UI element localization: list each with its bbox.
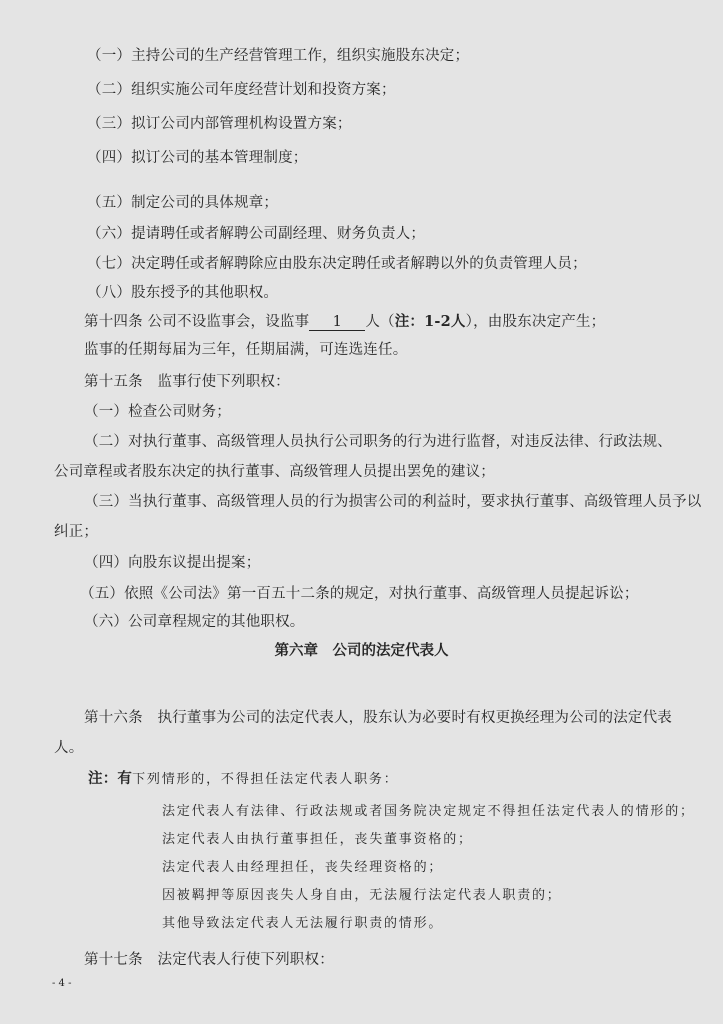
ch5-item-4: （四）拟订公司的基本管理制度； bbox=[87, 148, 308, 168]
article-14-line: 第十四条 公司不设监事会，设监事1人（注：1-2人），由股东决定产生； bbox=[84, 312, 605, 332]
supervisor-count-field: 1 bbox=[309, 314, 365, 331]
article-17-title: 第十七条 法定代表人行使下列职权： bbox=[84, 950, 334, 970]
condition-3: 法定代表人由经理担任，丧失经理资格的； bbox=[162, 858, 443, 878]
article-16-line-2: 人。 bbox=[54, 738, 83, 758]
condition-1: 法定代表人有法律、行政法规或者国务院决定规定不得担任法定代表人的情形的； bbox=[162, 802, 695, 822]
article-14-term: 监事的任期每届为三年，任期届满，可连选连任。 bbox=[84, 340, 407, 360]
article-15-item-2b: 公司章程或者股东决定的执行董事、高级管理人员提出罢免的建议； bbox=[54, 462, 495, 482]
article-14-note: 注：1-2人 bbox=[395, 313, 466, 330]
article-15-item-6: （六）公司章程规定的其他职权。 bbox=[84, 612, 305, 632]
article-15-item-3a: （三）当执行董事、高级管理人员的行为损害公司的利益时，要求执行董事、高级管理人员… bbox=[84, 492, 701, 512]
article-15-item-2a: （二）对执行董事、高级管理人员执行公司职务的行为进行监督，对违反法律、行政法规、 bbox=[84, 432, 672, 452]
article-16-line-1: 第十六条 执行董事为公司的法定代表人，股东认为必要时有权更换经理为公司的法定代表 bbox=[84, 708, 672, 728]
ch5-item-7: （七）决定聘任或者解聘除应由股东决定聘任或者解聘以外的负责管理人员； bbox=[87, 254, 587, 274]
page-number: - 4 - bbox=[52, 978, 71, 989]
article-15-title: 第十五条 监事行使下列职权： bbox=[84, 372, 290, 392]
condition-2: 法定代表人由执行董事担任，丧失董事资格的； bbox=[162, 830, 473, 850]
note-label: 注：有 bbox=[88, 771, 132, 787]
condition-4: 因被羁押等原因丧失人身自由，无法履行法定代表人职责的； bbox=[162, 886, 562, 906]
article-16-note: 注：有下列情形的，不得担任法定代表人职务： bbox=[88, 769, 399, 790]
ch5-item-5: （五）制定公司的具体规章； bbox=[87, 193, 278, 213]
article-15-item-3b: 纠正； bbox=[54, 522, 98, 542]
article-15-item-4: （四）向股东议提出提案； bbox=[84, 553, 260, 573]
article-15-item-1: （一）检查公司财务； bbox=[84, 402, 231, 422]
ch5-item-2: （二）组织实施公司年度经营计划和投资方案； bbox=[87, 80, 396, 100]
ch5-item-3: （三）拟订公司内部管理机构设置方案； bbox=[87, 114, 352, 134]
ch5-item-1: （一）主持公司的生产经营管理工作，组织实施股东决定； bbox=[87, 46, 469, 66]
article-15-item-5: （五）依照《公司法》第一百五十二条的规定，对执行董事、高级管理人员提起诉讼； bbox=[80, 584, 639, 604]
condition-5: 其他导致法定代表人无法履行职责的情形。 bbox=[162, 914, 443, 934]
chapter-6-title: 第六章 公司的法定代表人 bbox=[0, 641, 723, 661]
article-14-suffix-pre: 人（ bbox=[365, 314, 394, 330]
note-text: 下列情形的，不得担任法定代表人职务： bbox=[132, 772, 398, 787]
article-14-prefix: 第十四条 公司不设监事会，设监事 bbox=[84, 314, 309, 330]
article-14-suffix-post: ），由股东决定产生； bbox=[466, 314, 606, 330]
ch5-item-6: （六）提请聘任或者解聘公司副经理、财务负责人； bbox=[87, 224, 425, 244]
ch5-item-8: （八）股东授予的其他职权。 bbox=[87, 283, 278, 303]
